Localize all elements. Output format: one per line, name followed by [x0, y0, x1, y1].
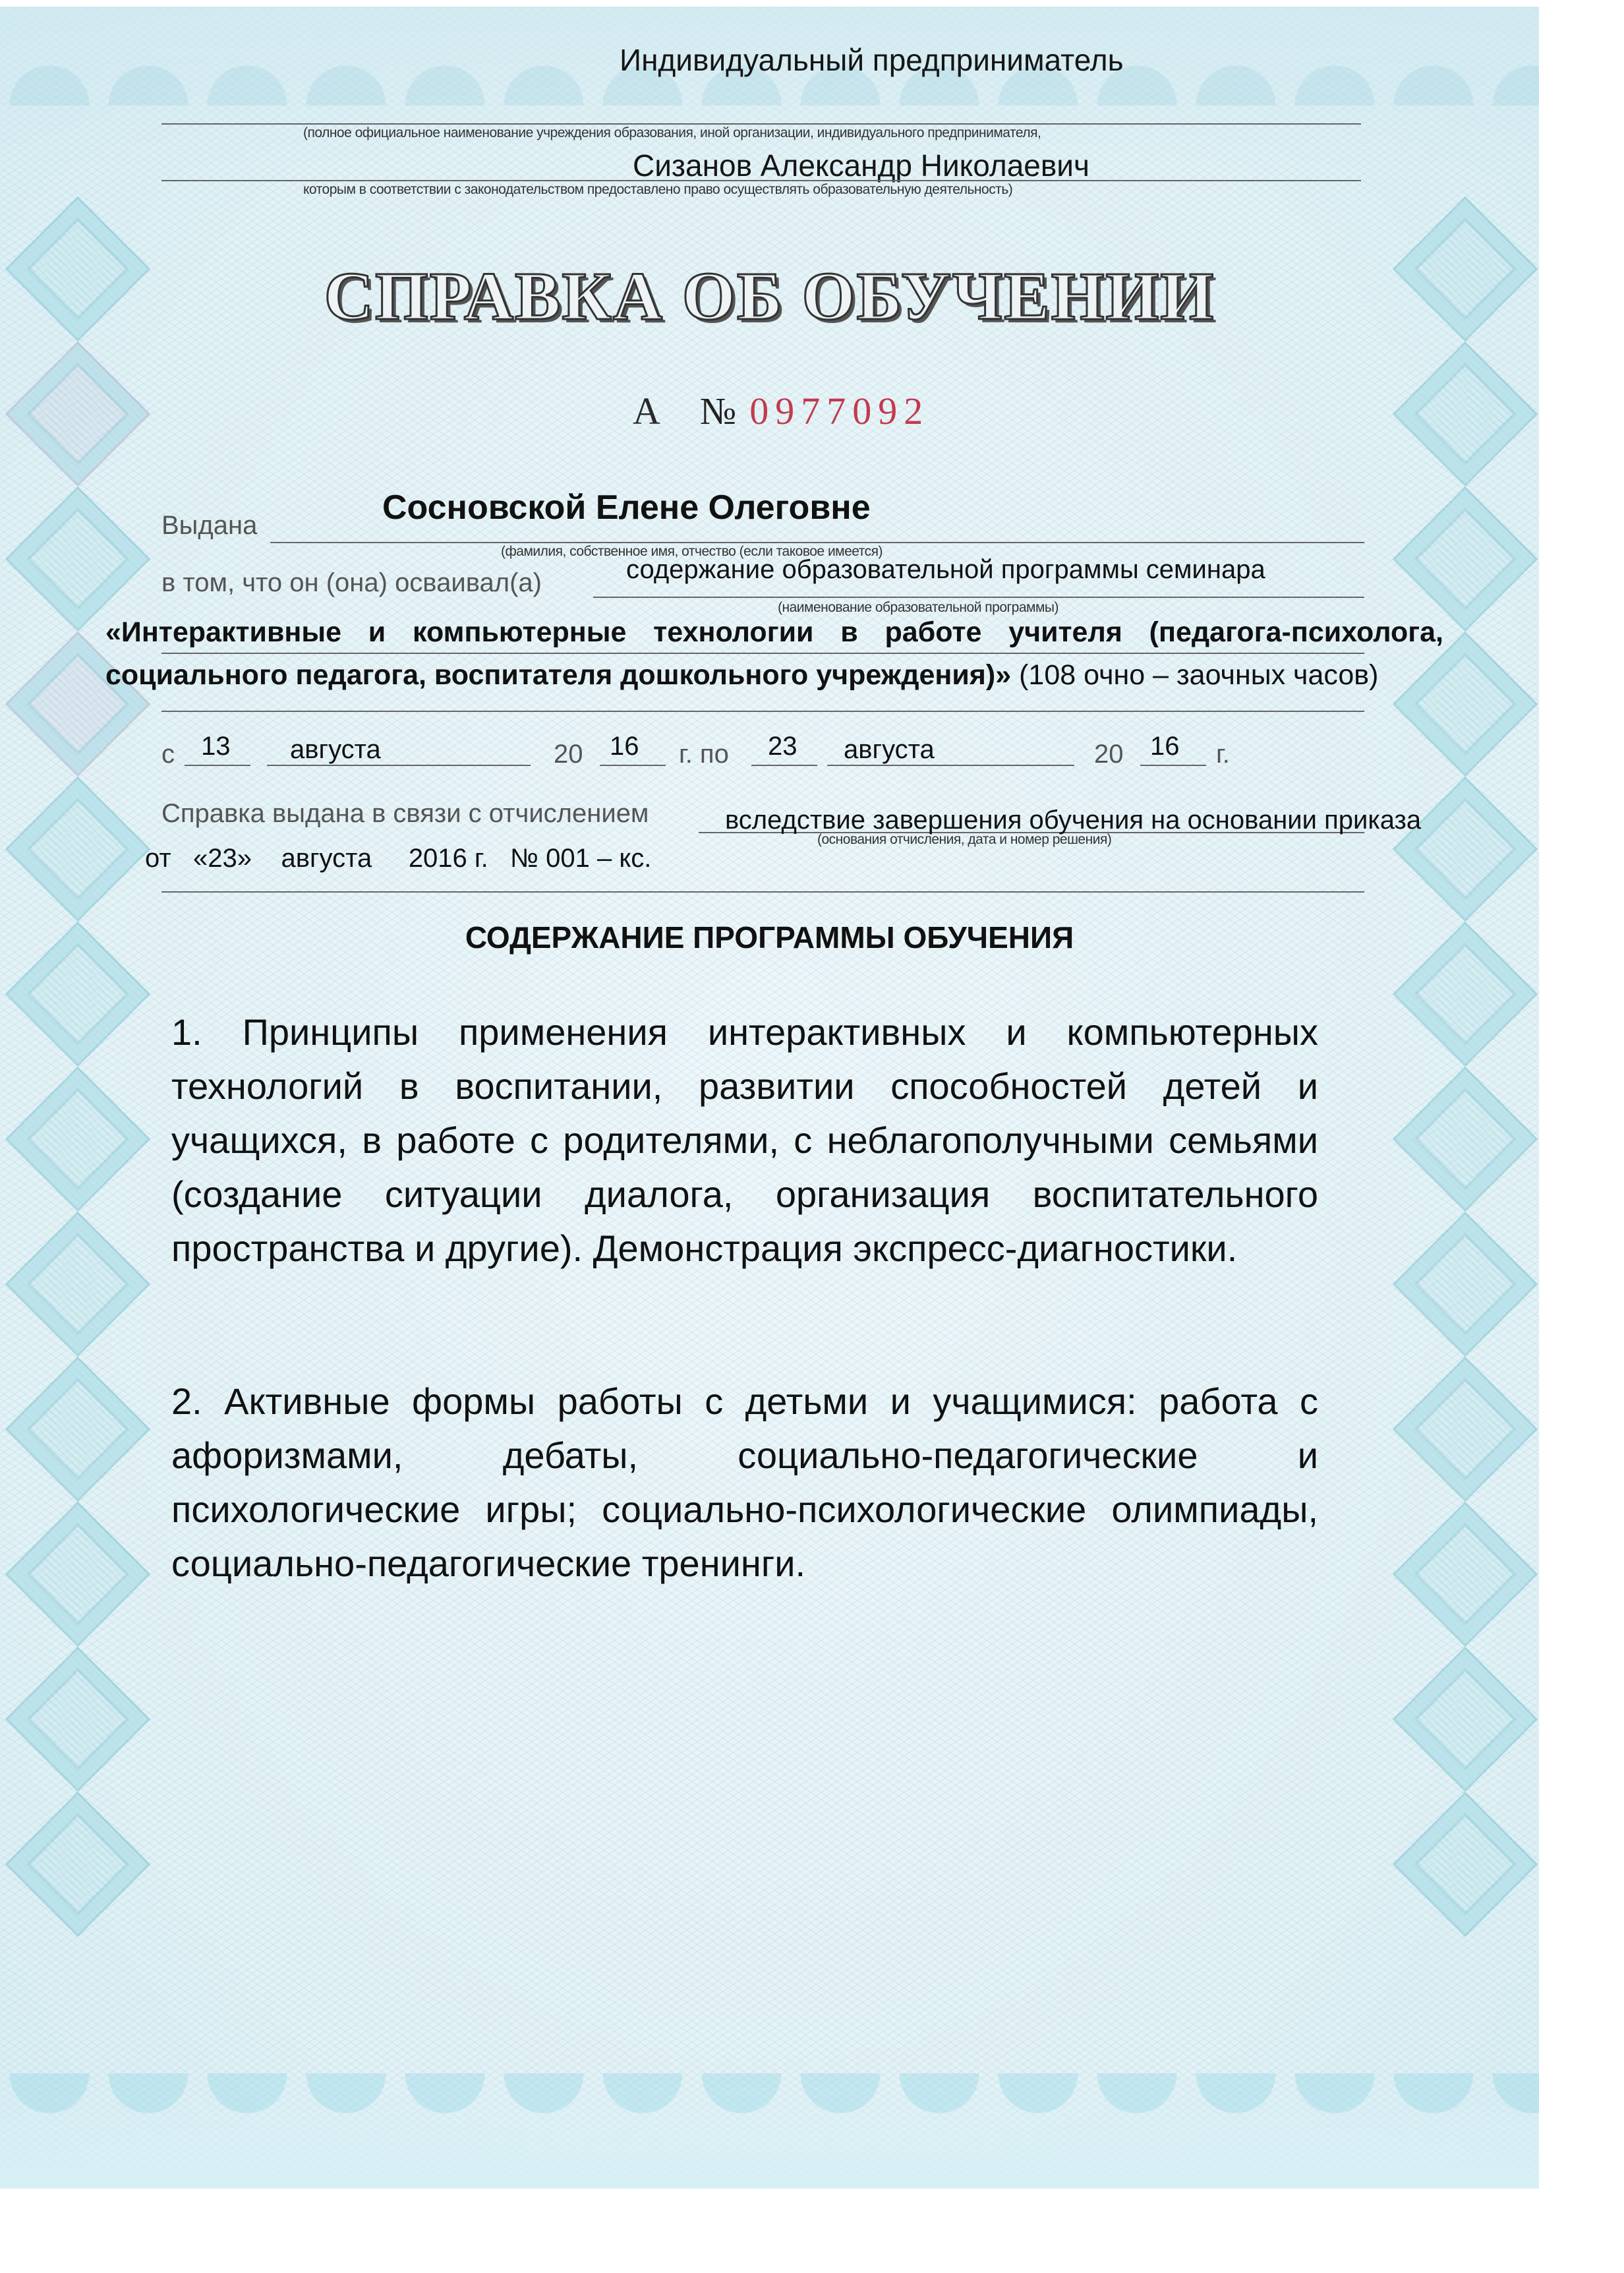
order-month: августа [281, 844, 372, 873]
ornament-diamond [5, 1067, 151, 1212]
field-underline [161, 711, 1364, 712]
order-day: «23» [193, 844, 252, 873]
expulsion-hint: (основания отчисления, дата и номер реше… [817, 832, 1111, 848]
mastered-value: содержание образовательной программы сем… [626, 555, 1265, 585]
field-underline [161, 891, 1364, 893]
ornament-diamond [5, 1212, 151, 1357]
document-title: СПРАВКА ОБ ОБУЧЕНИИ [0, 257, 1539, 336]
period-to-month: августа [844, 735, 935, 765]
program-title-continuation: социального педагога, воспитателя дошкол… [105, 659, 1011, 691]
period-from-year-prefix: 20 [554, 740, 583, 769]
ornament-diamond [5, 341, 151, 487]
order-year: 2016 г. [409, 844, 488, 873]
ornament-diamond [1393, 1502, 1538, 1647]
period-to-year: 16 [1150, 732, 1180, 761]
ornament-diamond [1393, 1647, 1538, 1792]
field-underline [600, 765, 666, 766]
period-to-prefix: г. по [679, 740, 729, 769]
ornament-diamond [1393, 1067, 1538, 1212]
field-underline [1140, 765, 1206, 766]
issued-to-label: Выдана [161, 511, 257, 541]
program-title-line-2: социального педагога, воспитателя дошкол… [105, 659, 1378, 692]
organization-name: Сизанов Александр Николаевич [633, 148, 1089, 183]
guilloche-border-bottom [0, 2073, 1539, 2189]
ornament-diamond [5, 777, 151, 922]
serial-series: А [633, 390, 660, 432]
period-to-year-prefix: 20 [1094, 740, 1124, 769]
period-to-day: 23 [768, 732, 797, 761]
expulsion-value: вследствие завершения обучения на основа… [725, 806, 1421, 835]
ornament-diamond [5, 1357, 151, 1502]
field-underline [161, 180, 1361, 181]
field-underline [270, 542, 1364, 543]
program-name-hint: (наименование образовательной программы) [778, 600, 1058, 616]
mastered-label: в том, что он (она) осваивал(а) [161, 568, 542, 598]
serial-number-value: 0977092 [749, 390, 929, 432]
order-number: № 001 – кс. [510, 844, 651, 873]
period-from-year: 16 [610, 732, 639, 761]
expulsion-label: Справка выдана в связи с отчислением [161, 799, 649, 829]
order-reference: от «23» августа 2016 г. № 001 – кс. [145, 844, 651, 873]
period-from-prefix: с [161, 740, 175, 769]
organization-hint-2: которым в соответствии с законодательств… [303, 182, 1012, 198]
guilloche-border-right [1387, 165, 1539, 2077]
organization-hint-1: (полное официальное наименование учрежде… [303, 125, 1041, 141]
serial-number: А№0977092 [633, 389, 929, 433]
order-from: от [145, 844, 171, 873]
field-underline [593, 597, 1364, 598]
ornament-diamond [5, 1792, 151, 1937]
field-underline [751, 765, 817, 766]
ornament-diamond [5, 487, 151, 632]
organization-type: Индивидуальный предприниматель [620, 42, 1124, 78]
period-from-month: августа [290, 735, 381, 765]
ornament-diamond [5, 632, 151, 777]
ornament-diamond [5, 1502, 151, 1647]
program-content-item: 2. Активные формы работы с детьми и учащ… [171, 1374, 1318, 1591]
ornament-diamond [1393, 1357, 1538, 1502]
field-underline [161, 653, 1364, 654]
period-from-day: 13 [201, 732, 231, 761]
program-content-item: 1. Принципы применения интерактивных и к… [171, 1005, 1318, 1276]
field-underline [827, 765, 1074, 766]
field-underline [161, 123, 1361, 125]
program-content-title: СОДЕРЖАНИЕ ПРОГРАММЫ ОБУЧЕНИЯ [0, 920, 1539, 955]
program-hours: (108 очно – заочных часов) [1011, 659, 1378, 691]
ornament-diamond [1393, 341, 1538, 487]
number-sign: № [700, 390, 736, 432]
ornament-diamond [5, 1647, 151, 1792]
ornament-diamond [1393, 632, 1538, 777]
program-title-line-1: «Интерактивные и компьютерные технологии… [105, 616, 1443, 649]
recipient-name: Сосновской Елене Олеговне [382, 488, 871, 527]
period-suffix: г. [1216, 740, 1230, 769]
guilloche-border-left [0, 165, 152, 2077]
ornament-diamond [1393, 487, 1538, 632]
ornament-diamond [1393, 777, 1538, 922]
field-underline [185, 765, 250, 766]
guilloche-border-top [0, 7, 1539, 171]
ornament-diamond [1393, 1212, 1538, 1357]
field-underline [267, 765, 531, 766]
ornament-diamond [1393, 1792, 1538, 1937]
